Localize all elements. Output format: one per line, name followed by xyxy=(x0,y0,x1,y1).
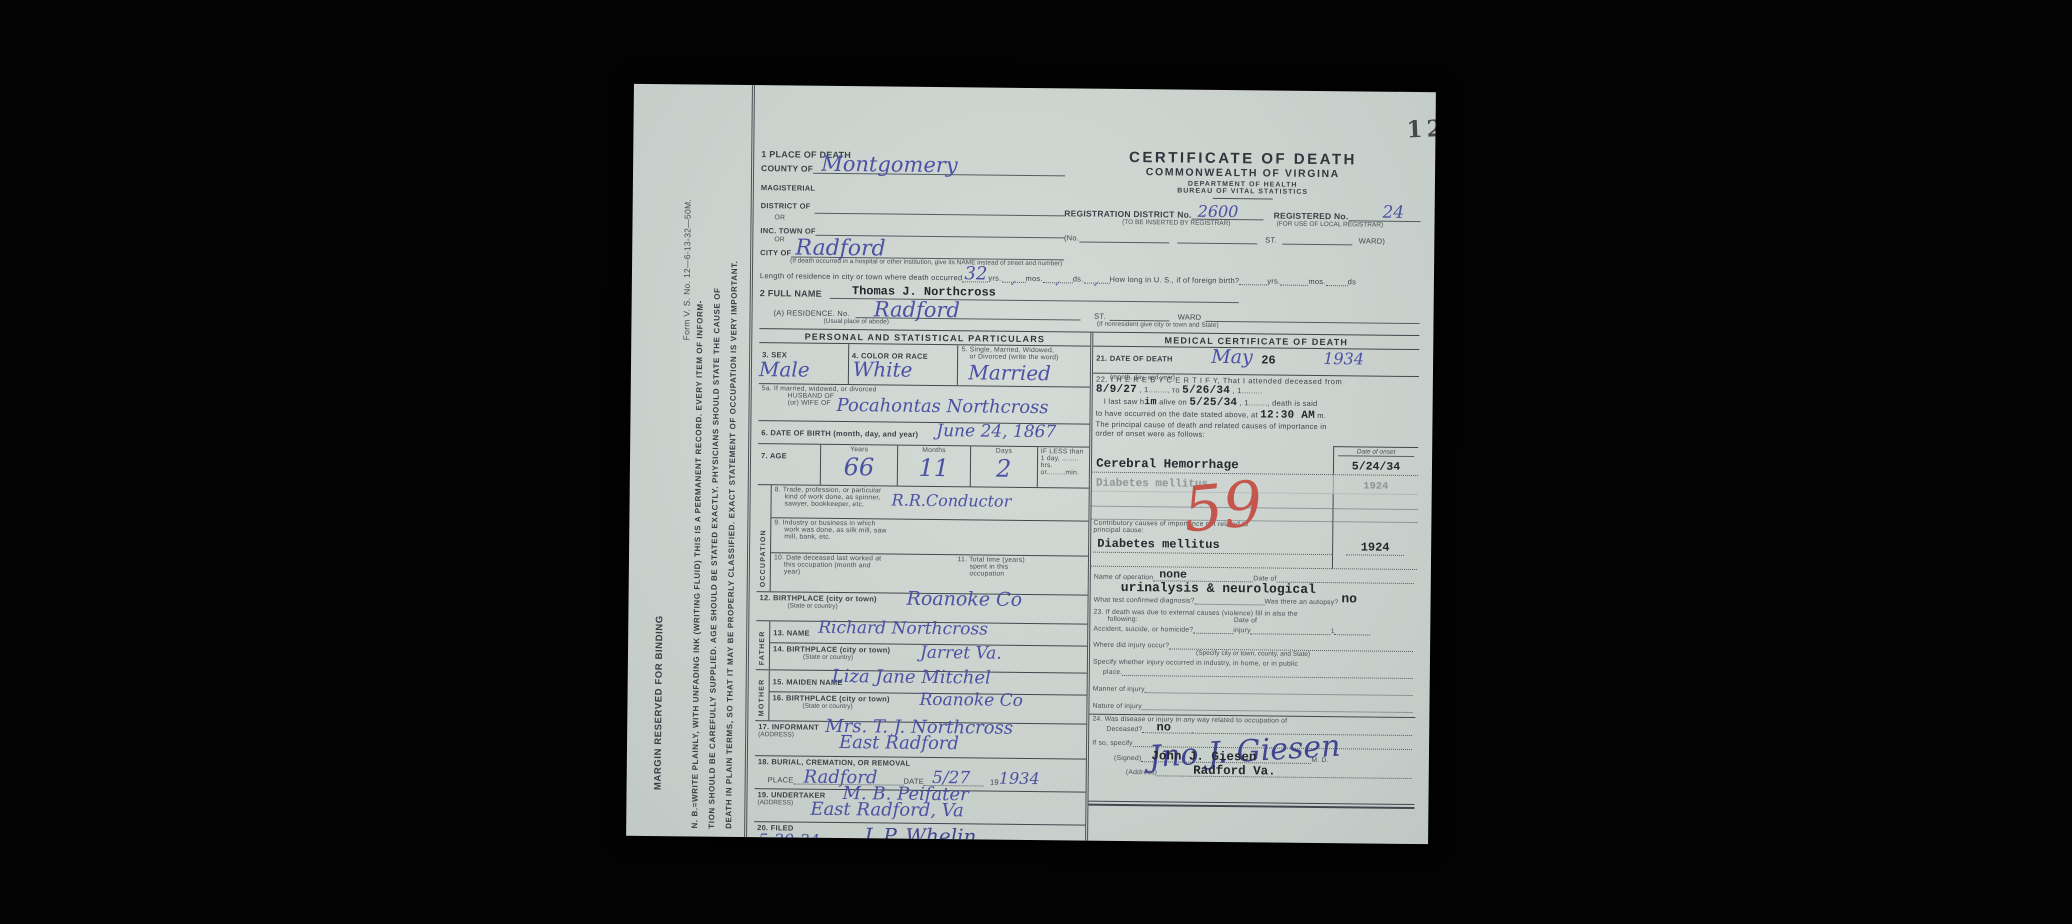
injury-label: injury xyxy=(1233,627,1251,634)
spouse-value: Pocahontas Northcross xyxy=(837,397,1049,417)
photo-background: Form V. S. No. 12—6-13-32—50M. MARGIN RE… xyxy=(0,0,2072,924)
father-side-label: FATHER xyxy=(759,630,766,665)
mos-label: mos. xyxy=(1025,274,1042,283)
nonresident-caption: (If nonresident give city or town and St… xyxy=(1097,321,1219,329)
last-saw-label-3: , 1........, death is said xyxy=(1240,398,1318,408)
nature-injury-label: Nature of injury xyxy=(1093,703,1142,711)
primary-cause-onset-date: 5/24/34 xyxy=(1352,460,1400,474)
death-day-value: 26 xyxy=(1261,353,1276,367)
title-rule xyxy=(1213,198,1273,200)
last-saw-label-2: alive on xyxy=(1159,397,1187,406)
registration-district-label: REGISTRATION DISTRICT No. xyxy=(1064,208,1192,219)
residence-line: (A) RESIDENCE. No. Radford ST. WARD (Usu… xyxy=(759,306,1419,331)
registration-district-value: 2600 xyxy=(1198,204,1239,220)
public-place-label-2: place. xyxy=(1103,669,1122,676)
death-certificate-document: Form V. S. No. 12—6-13-32—50M. MARGIN RE… xyxy=(626,84,1436,844)
mother-group: MOTHER 15. MAIDEN NAME Liza Jane Mitchel… xyxy=(755,669,1087,723)
trade-value: R.R.Conductor xyxy=(892,493,1012,510)
county-value: Montgomery xyxy=(821,154,958,176)
last-saw-date-value: 5/25/34 xyxy=(1189,397,1237,410)
occurred-label: to have occurred on the date stated abov… xyxy=(1096,409,1258,420)
where-injury-label: Where did injury occur? xyxy=(1093,642,1169,650)
nb-note-line1: N. B.=WRITE PLAINLY, WITH UNFADING INK (… xyxy=(690,300,705,828)
form-number: Form V. S. No. 12—6-13-32—50M. xyxy=(681,199,692,341)
age-months-value: 11 xyxy=(901,456,967,481)
residence-label: (A) RESIDENCE. No. xyxy=(774,308,850,318)
death-month-value: May xyxy=(1211,348,1253,367)
last-saw-im: im xyxy=(1144,397,1157,408)
undertaker-address-value: East Radford, Va xyxy=(810,801,964,821)
burial-place-label: PLACE xyxy=(768,775,794,784)
yrs-label: yrs. xyxy=(988,274,1001,283)
residence-length-label: Length of residence in city or town wher… xyxy=(760,271,963,282)
father-group: FATHER 13. NAME Richard Northcross 14. B… xyxy=(756,620,1088,672)
inc-town-label: INC. TOWN OF xyxy=(760,226,815,236)
if-less-label-3: or.........min. xyxy=(1040,469,1086,476)
yrs-checkmark: ✓ xyxy=(1010,279,1017,288)
address-value: Radford Va. xyxy=(1193,764,1276,779)
marital-value: Married xyxy=(968,362,1051,383)
death-year-value: 1934 xyxy=(1323,351,1364,367)
deceased-label: Deceased? xyxy=(1106,726,1142,733)
occurred-m-label: m. xyxy=(1317,411,1326,420)
place-of-death-block: 1 PLACE OF DEATH COUNTY OF Montgomery MA… xyxy=(760,85,1065,267)
filed-date-value: 5-30-34 xyxy=(758,832,820,844)
age-days-value: 2 xyxy=(974,456,1034,481)
yrs2-label: yrs. xyxy=(1267,276,1280,285)
accident-label: Accident, suicide, or homicide? xyxy=(1093,626,1193,634)
full-name-line: 2 FULL NAME Thomas J. Northcross xyxy=(760,287,1420,305)
burial-year-value: 1934 xyxy=(999,771,1040,787)
father-birthplace-value: Jarret Va. xyxy=(920,645,1002,663)
attended-to-value: 5/26/34 xyxy=(1182,385,1230,398)
race-value: White xyxy=(853,359,913,380)
ds-checkmark: ✓ xyxy=(1093,280,1100,289)
if-less-label-2: 1 day, ........ hrs. xyxy=(1041,455,1087,469)
mos2-label: mos. xyxy=(1308,277,1325,286)
city-value: Radford xyxy=(795,238,885,261)
father-name-value: Richard Northcross xyxy=(818,620,988,639)
manner-injury-label: Manner of injury xyxy=(1093,686,1145,694)
street-no-label: (No. xyxy=(1064,233,1079,242)
autopsy-label: Was there an autopsy? xyxy=(1264,598,1338,606)
external-causes-label-2: following: xyxy=(1107,616,1137,623)
medical-certificate-column: MEDICAL CERTIFICATE OF DEATH 59 21. DATE… xyxy=(1088,333,1419,845)
mother-name-value: Liza Jane Mitchel xyxy=(832,668,991,688)
birthplace-value: Roanoke Co xyxy=(906,590,1022,610)
county-label: COUNTY OF xyxy=(761,163,813,174)
certify-mid2: , 1......... xyxy=(1232,386,1262,395)
red-index-number: 59 xyxy=(1181,472,1265,541)
signed-value: John J. Giesen xyxy=(1151,749,1256,764)
date-of-injury-label-top: Date of xyxy=(1234,617,1257,624)
occupation-relation-value: no xyxy=(1156,720,1171,734)
death-time-value: 12:30 AM xyxy=(1260,409,1315,422)
age-label: 7. AGE xyxy=(761,451,787,460)
occupation-relation-block: 24. Was disease or injury in any way rel… xyxy=(1089,714,1416,804)
occupation-group: OCCUPATION 8. Trade, profession, or part… xyxy=(757,484,1089,594)
nb-note-line2: TION SHOULD BE CAREFULLY SUPPLIED. AGE S… xyxy=(707,287,722,828)
sex-value: Male xyxy=(759,359,810,380)
age-years-value: 66 xyxy=(824,455,894,480)
mother-birthplace-value: Roanoke Co xyxy=(919,692,1023,710)
district-of-label: DISTRICT OF xyxy=(761,201,811,211)
registrar-signature: J. P. Whelin xyxy=(864,825,976,844)
test-label: What test confirmed diagnosis? xyxy=(1094,597,1195,605)
last-worked-label-3: year) xyxy=(784,568,952,577)
father-name-label: 13. NAME xyxy=(773,628,810,637)
margin-reserved-note: MARGIN RESERVED FOR BINDING xyxy=(653,615,666,790)
occupation-side-label: OCCUPATION xyxy=(760,529,768,587)
street-st-label: ST. xyxy=(1265,235,1277,244)
mos-checkmark: ✓ xyxy=(1054,279,1061,288)
city-of-label: CITY OF xyxy=(760,248,791,257)
dob-value: June 24, 1867 xyxy=(936,423,1056,441)
signed-label: (Signed) xyxy=(1114,755,1141,762)
residence-years-value: 32 xyxy=(964,265,987,283)
autopsy-value: no xyxy=(1341,591,1357,606)
certificate-title-block: CERTIFICATE OF DEATH COMMONWEALTH OF VIR… xyxy=(1064,88,1422,271)
commonwealth-subtitle: COMMONWEALTH OF VIRGINA xyxy=(1065,165,1421,181)
test-line: What test confirmed diagnosis? Was there… xyxy=(1091,589,1417,607)
if-so-specify-label: If so, specify xyxy=(1092,740,1133,747)
certify-block: 22. I H E R E B Y C E R T I F Y, That I … xyxy=(1092,373,1419,447)
last-saw-label-1: I last saw h xyxy=(1104,397,1145,406)
magisterial-label: MAGISTERIAL xyxy=(761,183,816,193)
ds-label: ds. xyxy=(1073,274,1084,283)
full-name-label: 2 FULL NAME xyxy=(760,288,822,299)
residence-st-label: ST. xyxy=(1094,312,1106,321)
test-value: urinalysis & neurological xyxy=(1121,580,1316,597)
dob-label: 6. DATE OF BIRTH (month, day, and year) xyxy=(761,428,918,439)
attended-from-value: 8/9/27 xyxy=(1096,384,1137,396)
personal-particulars-column: PERSONAL AND STATISTICAL PARTICULARS 3. … xyxy=(754,329,1094,844)
mother-side-label: MOTHER xyxy=(758,679,765,717)
registered-caption: (FOR USE OF LOCAL REGISTRAR) xyxy=(1276,221,1383,229)
external-causes-block: 23. If death was due to external causes … xyxy=(1090,609,1417,713)
residence-ward-label: WARD xyxy=(1178,313,1202,322)
total-time-label-3: occupation xyxy=(969,570,1085,578)
informant-address-value: East Radford xyxy=(839,734,959,753)
foreign-birth-label: How long in U. S., if of foreign birth? xyxy=(1109,275,1239,285)
date-of-death-label: 21. DATE OF DEATH xyxy=(1096,354,1173,364)
certify-mid: , 1........, то xyxy=(1139,385,1180,394)
form-body: 12587 1 PLACE OF DEATH COUNTY OF Montgom… xyxy=(744,85,1426,844)
contributory-date-value: 1924 xyxy=(1346,540,1405,556)
faded-cause-date: 1924 xyxy=(1363,480,1388,492)
ds2-label: ds xyxy=(1348,277,1357,286)
residence-value: Radford xyxy=(874,299,960,321)
nb-note-line3: DEATH IN PLAIN TERMS, SO THAT IT MAY BE … xyxy=(724,260,739,828)
registered-no-value: 24 xyxy=(1382,205,1404,222)
street-ward-label: WARD) xyxy=(1359,236,1385,245)
